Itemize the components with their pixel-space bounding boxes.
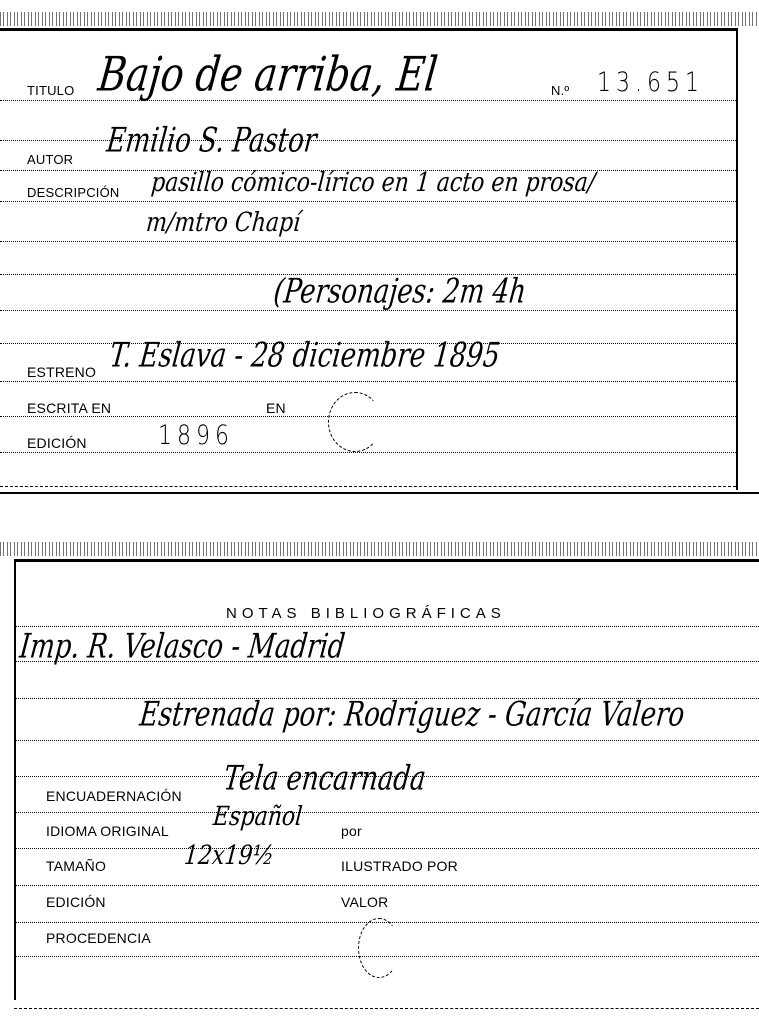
descripcion-label: DESCRIPCIÓN	[27, 186, 120, 199]
card-right-border	[736, 30, 738, 490]
rule-line	[0, 241, 736, 242]
scan-noise-top	[0, 12, 759, 26]
idioma-por-label: por	[341, 824, 362, 838]
tamano-label: TAMAÑO	[46, 859, 106, 873]
edicion-label: EDICIÓN	[27, 436, 87, 450]
personajes-value: (Personajes: 2m 4h	[272, 275, 528, 309]
numero-value: 13.651	[597, 71, 704, 97]
card-top-edge	[0, 28, 738, 31]
scan-noise-bottom	[0, 542, 759, 556]
catalog-card-bottom: NOTAS BIBLIOGRÁFICAS Imp. R. Velasco - M…	[0, 530, 759, 1028]
idioma-original-label: IDIOMA ORIGINAL	[46, 824, 169, 838]
rule-line	[0, 486, 736, 487]
card-bottom-top-edge	[14, 559, 759, 562]
idioma-original-value: Español	[212, 805, 303, 831]
procedencia-label: PROCEDENCIA	[46, 931, 151, 945]
notas-heading: NOTAS BIBLIOGRÁFICAS	[226, 605, 506, 622]
autor-label: AUTOR	[27, 153, 73, 166]
rule-line	[0, 452, 736, 453]
numero-label: N.º	[551, 84, 569, 97]
en-label: EN	[266, 401, 286, 415]
note-line-2: Estrenada por: Rodriguez - García Valero	[138, 698, 686, 732]
autor-value: Emilio S. Pastor	[105, 124, 318, 158]
valor-label: VALOR	[341, 895, 388, 909]
descripcion-value-line2: m/mtro Chapí	[145, 211, 301, 237]
punch-hole-mark	[358, 918, 400, 978]
edicion-value: 1896	[158, 424, 234, 450]
rule-line	[14, 885, 759, 886]
rule-line	[0, 201, 736, 202]
edicion-bottom-label: EDICIÓN	[46, 895, 106, 909]
estreno-label: ESTRENO	[27, 365, 96, 379]
titulo-label: TITULO	[27, 84, 74, 97]
escrita-en-label: ESCRITA EN	[27, 401, 111, 415]
card-separator	[0, 492, 759, 494]
encuadernacion-label: ENCUADERNACIÓN	[46, 789, 182, 803]
titulo-value: Bajo de arriba, El	[96, 51, 440, 99]
catalog-card-top: TITULO Bajo de arriba, El N.º 13.651 AUT…	[0, 0, 759, 500]
rule-line	[14, 1008, 759, 1009]
encuadernacion-value: Tela encarnada	[222, 762, 427, 796]
descripcion-value-line1: pasillo cómico-lírico en 1 acto en prosa…	[150, 171, 596, 197]
rule-line	[0, 381, 736, 382]
ilustrado-por-label: ILUSTRADO POR	[341, 859, 458, 873]
tamano-value: 12x19½	[183, 844, 275, 870]
rule-line	[14, 812, 759, 813]
rule-line	[14, 740, 759, 741]
estreno-value: T. Eslava - 28 diciembre 1895	[108, 339, 501, 373]
rule-line	[14, 848, 759, 849]
note-line-1: Imp. R. Velasco - Madrid	[18, 630, 346, 664]
punch-hole-mark	[328, 392, 382, 452]
